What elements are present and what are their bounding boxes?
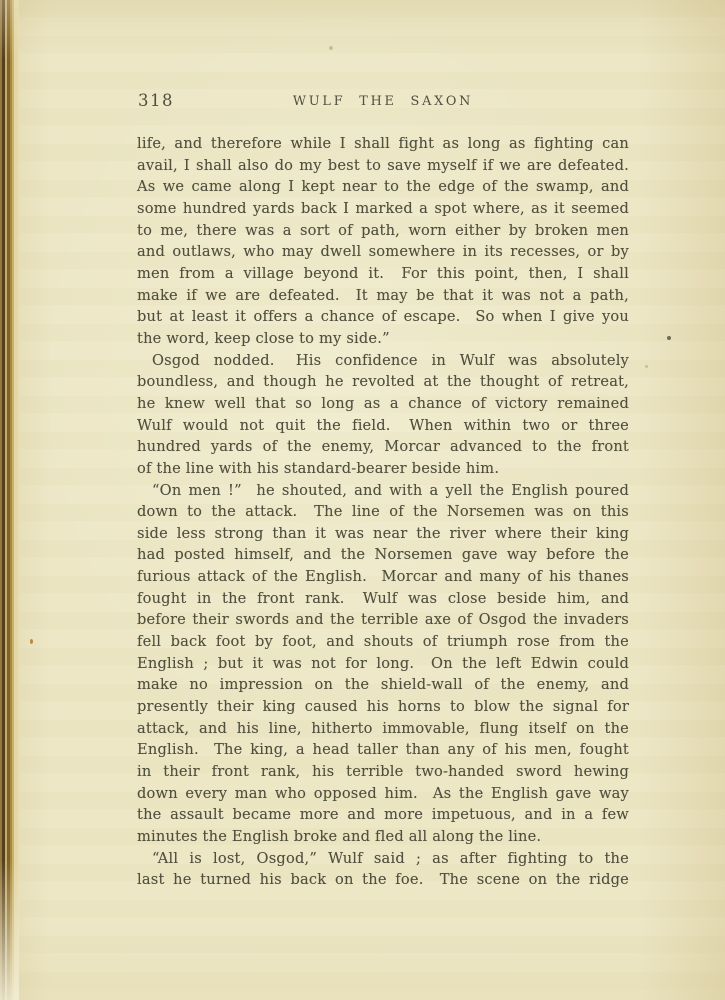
text-line: down to the attack. The line of the Nors…	[137, 501, 629, 523]
text-line: attack, and his line, hitherto immovable…	[137, 718, 629, 740]
text-line: “All is lost, Osgod,” Wulf said ; as aft…	[137, 848, 629, 870]
text-line: make if we are defeated. It may be that …	[137, 285, 629, 307]
page-header: 318 WULF THE SAXON	[137, 91, 629, 113]
text-line: Wulf would not quit the field. When with…	[137, 415, 629, 437]
text-line: he knew well that so long as a chance of…	[137, 393, 629, 415]
text-line: “On men !” he shouted, and with a yell t…	[137, 480, 629, 502]
text-line: English ; but it was not for long. On th…	[137, 653, 629, 675]
book-page: 318 WULF THE SAXON life, and therefore w…	[0, 0, 725, 1000]
text-line: side less strong than it was near the ri…	[137, 523, 629, 545]
text-line: boundless, and though he revolted at the…	[137, 371, 629, 393]
text-line: in their front rank, his terrible two-ha…	[137, 761, 629, 783]
text-line: furious attack of the English. Morcar an…	[137, 566, 629, 588]
text-line: As we came along I kept near to the edge…	[137, 176, 629, 198]
text-line: had posted himself, and the Norsemen gav…	[137, 544, 629, 566]
text-line: minutes the English broke and fled all a…	[137, 826, 629, 848]
text-line: English. The king, a head taller than an…	[137, 739, 629, 761]
text-line: of the line with his standard-bearer bes…	[137, 458, 629, 480]
text-line: last he turned his back on the foe. The …	[137, 869, 629, 891]
text-line: before their swords and the terrible axe…	[137, 609, 629, 631]
text-line: some hundred yards back I marked a spot …	[137, 198, 629, 220]
text-line: fell back foot by foot, and shouts of tr…	[137, 631, 629, 653]
binding-edge	[0, 0, 19, 1000]
text-line: men from a village beyond it. For this p…	[137, 263, 629, 285]
text-line: Osgod nodded. His confidence in Wulf was…	[137, 350, 629, 372]
text-line: down every man who opposed him. As the E…	[137, 783, 629, 805]
paper-speck	[667, 336, 671, 340]
text-line: the assault became more and more impetuo…	[137, 804, 629, 826]
text-line: make no impression on the shield-wall of…	[137, 674, 629, 696]
text-line: to me, there was a sort of path, worn ei…	[137, 220, 629, 242]
page-body: life, and therefore while I shall fight …	[137, 133, 629, 891]
text-line: but at least it offers a chance of escap…	[137, 306, 629, 328]
text-line: and outlaws, who may dwell somewhere in …	[137, 241, 629, 263]
paper-speck	[329, 46, 333, 50]
text-line: avail, I shall also do my best to save m…	[137, 155, 629, 177]
text-line: life, and therefore while I shall fight …	[137, 133, 629, 155]
text-line: the word, keep close to my side.”	[137, 328, 629, 350]
text-line: presently their king caused his horns to…	[137, 696, 629, 718]
paper-speck	[645, 365, 648, 368]
text-line: hundred yards of the enemy, Morcar advan…	[137, 436, 629, 458]
text-line: fought in the front rank. Wulf was close…	[137, 588, 629, 610]
paper-speck	[30, 639, 33, 644]
running-title: WULF THE SAXON	[137, 94, 629, 109]
